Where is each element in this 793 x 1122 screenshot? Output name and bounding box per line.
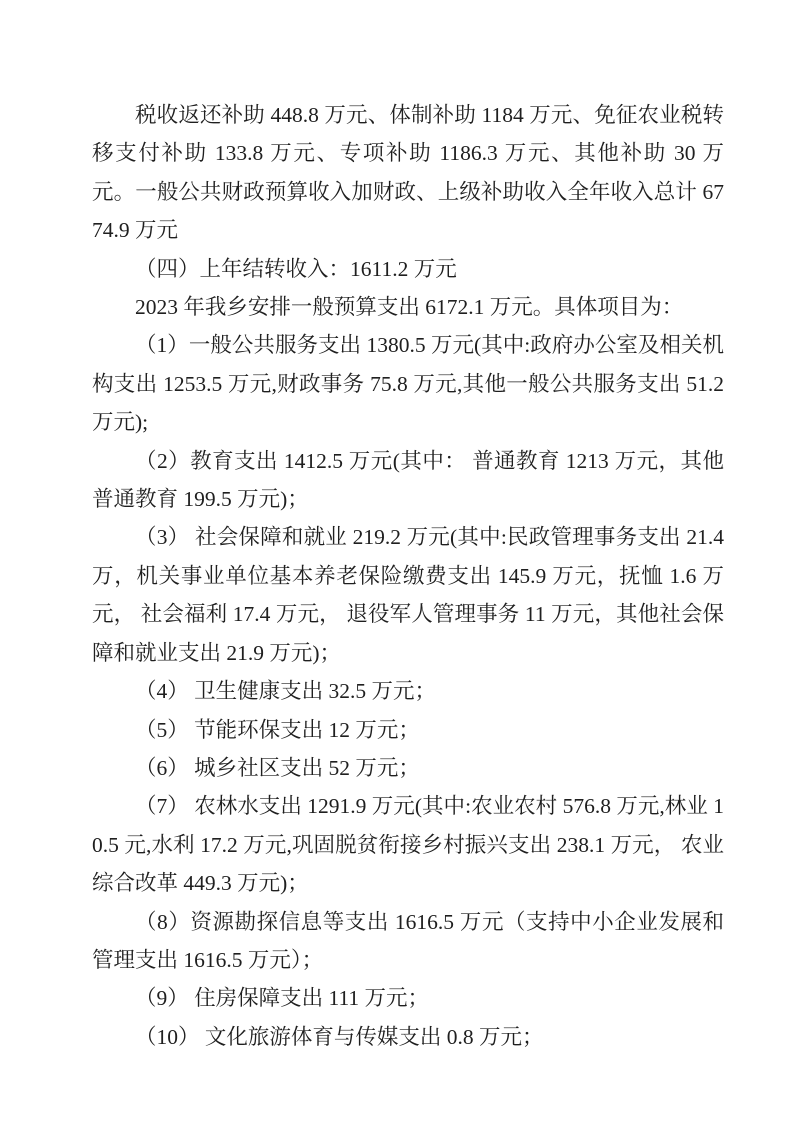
paragraph-item-7-agriculture-forestry-water: （7） 农林水支出 1291.9 万元(其中:农业农村 576.8 万元,林业 …	[92, 787, 724, 902]
paragraph-budget-expenditure-total: 2023 年我乡安排一般预算支出 6172.1 万元。具体项目为：	[92, 288, 724, 326]
paragraph-item-9-housing-security: （9） 住房保障支出 111 万元；	[92, 979, 724, 1017]
paragraph-item-2-education: （2）教育支出 1412.5 万元(其中： 普通教育 1213 万元，其他普通教…	[92, 442, 724, 519]
paragraph-item-3-social-security: （3） 社会保障和就业 219.2 万元(其中:民政管理事务支出 21.4 万，…	[92, 518, 724, 672]
document-page: 税收返还补助 448.8 万元、体制补助 1184 万元、免征农业税转移支付补助…	[0, 0, 793, 1122]
paragraph-item-4-health: （4） 卫生健康支出 32.5 万元；	[92, 672, 724, 710]
paragraph-item-6-urban-rural-community: （6） 城乡社区支出 52 万元；	[92, 749, 724, 787]
paragraph-carryover-income: （四）上年结转收入：1611.2 万元	[92, 250, 724, 288]
paragraph-subsidy-summary: 税收返还补助 448.8 万元、体制补助 1184 万元、免征农业税转移支付补助…	[92, 96, 724, 250]
paragraph-item-1-general-public-services: （1）一般公共服务支出 1380.5 万元(其中:政府办公室及相关机构支出 12…	[92, 326, 724, 441]
document-body: 税收返还补助 448.8 万元、体制补助 1184 万元、免征农业税转移支付补助…	[92, 96, 724, 1056]
paragraph-item-5-energy-conservation: （5） 节能环保支出 12 万元；	[92, 711, 724, 749]
paragraph-item-8-resource-exploration: （8）资源勘探信息等支出 1616.5 万元（支持中小企业发展和管理支出 161…	[92, 903, 724, 980]
paragraph-item-10-culture-tourism-media: （10） 文化旅游体育与传媒支出 0.8 万元；	[92, 1018, 724, 1056]
